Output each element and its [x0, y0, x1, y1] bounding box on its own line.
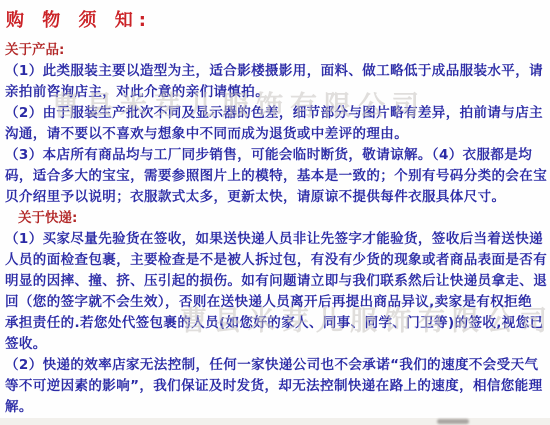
text-line: （1）买家尽量先验货在签收，如果送快递人员非让先签字才能验货，签收后当着送快递 [5, 229, 547, 250]
text-line: （1）此类服装主要以造型为主，适合影楼摄影用，面料、做工略低于成品服装水平，请 [5, 61, 547, 82]
text-line: 亲拍前咨询店主，对此介意的亲们请慎拍。 [5, 82, 547, 103]
bottom-gray-smudge [437, 419, 469, 424]
text-line: 人员的面检查包裹，主要检查是不是被人拆过包，有没有少货的现象或者商品表面是否有 [5, 250, 547, 271]
text-line: 沟通，请不要以不喜欢与想象中不同而成为退货或中差评的理由。 [5, 124, 547, 145]
text-line: 码，适合多大的宝宝，需要参照图片上的模特，基本是一致的；个别有号码分类的会在宝 [5, 166, 547, 187]
text-line: 解。 [5, 397, 547, 418]
section-heading-shipping: 关于快递: [5, 208, 547, 229]
notice-body: 关于产品: （1）此类服装主要以造型为主，适合影楼摄影用，面料、做工略低于成品服… [0, 40, 550, 418]
page-title: 购 物 须 知: [0, 0, 550, 33]
text-line: 等不可逆因素的影响”，我们保证及时发货，却无法控制快递在路上的速度，相信您能理 [5, 376, 547, 397]
section-heading-products: 关于产品: [5, 40, 547, 61]
text-line: 回（您的签字就不会生效），否则在送快递人员离开后再提出商品异议,卖家是有权拒绝 [5, 292, 547, 313]
text-line: （2）快递的效率店家无法控制，任何一家快递公司也不会承诺“我们的速度不会受天气 [5, 355, 547, 376]
text-line: 签收。 [5, 334, 547, 355]
text-line: （3）本店所有商品均与工厂同步销售，可能会临时断货，敬请谅解。（4）衣服都是均 [5, 145, 547, 166]
text-line: 贝介绍里予以说明；衣服款式太多，更新太快，请原谅不提供每件衣服具体尺寸。 [5, 187, 547, 208]
text-line: （2）由于服装生产批次不同及显示器的色差，细节部分与图片略有差异，拍前请与店主 [5, 103, 547, 124]
shopping-notice-page: 曹县米芽儿服饰有限公司 曹县米芽儿服饰有限公司 购 物 须 知: 关于产品: （… [0, 0, 550, 425]
text-line: 明显的因摔、撞、挤、压引起的损伤。如有问题请立即与我们联系然后让快递员拿走、退 [5, 271, 547, 292]
text-line: 承担责任的.若您处代签包裹的人员(如您好的家人、同事、同学、门卫等)的签收,视您… [5, 313, 547, 334]
